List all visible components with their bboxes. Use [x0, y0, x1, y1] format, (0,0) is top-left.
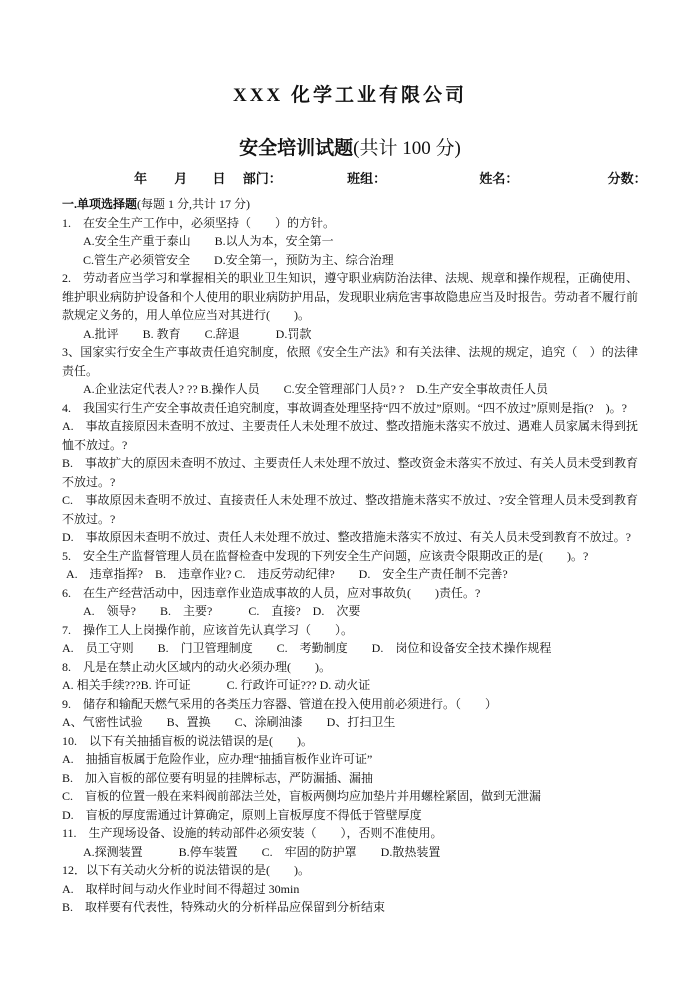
question-6-options-line-1: A. 领导? B. 主要? C. 直接? D. 次要 — [62, 602, 638, 621]
question-8-options-line-1: A. 相关手续???B. 许可证 C. 行政许可证??? D. 动火证 — [62, 676, 638, 695]
question-1-stem: 1. 在安全生产工作中，必须坚持（ ）的方针。 — [62, 214, 638, 233]
question-1-options-line-2: C.管生产必须管安全 D.安全第一，预防为主、综合治理 — [62, 251, 638, 270]
question-10-options-line-3: C. 盲板的位置一般在来料阀前部法兰处，盲板两侧均应加垫片并用螺栓紧固，做到无泄… — [62, 787, 638, 806]
company-title: XXX 化学工业有限公司 — [62, 84, 638, 108]
exam-title-note: (共计 100 分) — [353, 138, 461, 159]
question-12: 12．以下有关动火分析的说法错误的是( )。A. 取样时间与动火作业时间不得超过… — [62, 861, 638, 917]
field-team-label: 班组： — [347, 170, 386, 188]
question-7: 7. 操作工人上岗操作前，应该首先认真学习（ ）。A. 员工守则 B. 门卫管理… — [62, 621, 638, 658]
question-2-stem: 2. 劳动者应当学习和掌握相关的职业卫生知识，遵守职业病防治法律、法规、规章和操… — [62, 269, 638, 325]
question-9-stem: 9. 储存和输配天燃气采用的各类压力容器、管道在投入使用前必须进行。（ ） — [62, 695, 638, 714]
question-2: 2. 劳动者应当学习和掌握相关的职业卫生知识，遵守职业病防治法律、法规、规章和操… — [62, 269, 638, 343]
exam-body: 一.单项选择题(每题 1 分,共计 17 分) 1. 在安全生产工作中，必须坚持… — [62, 195, 638, 917]
question-6-stem: 6. 在生产经营活动中，因违章作业造成事故的人员，应对事故负( )责任。? — [62, 584, 638, 603]
exam-title-main: 安全培训试题 — [239, 138, 353, 159]
question-7-options-line-1: A. 员工守则 B. 门卫管理制度 C. 考勤制度 D. 岗位和设备安全技术操作… — [62, 639, 638, 658]
question-11-options-line-1: A.探测装置 B.停车装置 C. 牢固的防护罩 D.散热装置 — [62, 843, 638, 862]
question-list: 1. 在安全生产工作中，必须坚持（ ）的方针。A.安全生产重于泰山 B.以人为本… — [62, 214, 638, 917]
section-heading: 一.单项选择题(每题 1 分,共计 17 分) — [62, 195, 638, 214]
question-10-stem: 10. 以下有关抽插盲板的说法错误的是( )。 — [62, 732, 638, 751]
question-10: 10. 以下有关抽插盲板的说法错误的是( )。A. 抽插盲板属于危险作业，应办理… — [62, 732, 638, 825]
question-4-options-line-3: C. 事故原因未查明不放过、直接责任人未处理不放过、整改措施未落实不放过、?安全… — [62, 491, 638, 528]
question-10-options-line-4: D. 盲板的厚度需通过计算确定，原则上盲板厚度不得低于管壁厚度 — [62, 806, 638, 825]
exam-header-fields: 年 月 日 部门： 班组： 姓名： 分数： — [62, 170, 638, 188]
question-9: 9. 储存和输配天燃气采用的各类压力容器、管道在投入使用前必须进行。（ ）A、气… — [62, 695, 638, 732]
question-4-options-line-1: A. 事故直接原因未查明不放过、主要责任人未处理不放过、整改措施未落实不放过、遇… — [62, 417, 638, 454]
question-6: 6. 在生产经营活动中，因违章作业造成事故的人员，应对事故负( )责任。?A. … — [62, 584, 638, 621]
field-name-label: 姓名： — [479, 170, 518, 188]
question-9-options-line-1: A、气密性试验 B、置换 C、涂刷油漆 D、打扫卫生 — [62, 713, 638, 732]
document-page: XXX 化学工业有限公司 安全培训试题(共计 100 分) 年 月 日 部门： … — [0, 0, 700, 990]
field-department-label: 部门： — [243, 170, 282, 188]
question-5: 5. 安全生产监督管理人员在监督检查中发现的下列安全生产问题，应该责令限期改正的… — [62, 547, 638, 584]
question-10-options-line-2: B. 加入盲板的部位要有明显的挂牌标志，严防漏插、漏抽 — [62, 769, 638, 788]
field-year-label: 年 — [134, 170, 147, 188]
question-11-stem: 11. 生产现场设备、设施的转动部件必须安装（ ），否则不准使用。 — [62, 824, 638, 843]
question-4-stem: 4. 我国实行生产安全事故责任追究制度，事故调查处理坚持“四不放过”原则。“四不… — [62, 399, 638, 418]
question-10-options-line-1: A. 抽插盲板属于危险作业，应办理“抽插盲板作业许可证” — [62, 750, 638, 769]
question-12-stem: 12．以下有关动火分析的说法错误的是( )。 — [62, 861, 638, 880]
question-5-options-line-1: A. 违章指挥? B. 违章作业? C. 违反劳动纪律? D. 安全生产责任制不… — [62, 565, 638, 584]
question-4-options-line-4: D. 事故原因未查明不放过、责任人未处理不放过、整改措施未落实不放过、有关人员未… — [62, 528, 638, 547]
section-heading-main: 一.单项选择题 — [62, 197, 137, 211]
question-3-stem: 3、国家实行安全生产事故责任追究制度，依照《安全生产法》和有关法律、法规的规定，… — [62, 343, 638, 380]
question-4: 4. 我国实行生产安全事故责任追究制度，事故调查处理坚持“四不放过”原则。“四不… — [62, 399, 638, 547]
field-day-label: 日 — [213, 170, 226, 188]
question-8: 8. 凡是在禁止动火区域内的动火必须办理( )。A. 相关手续???B. 许可证… — [62, 658, 638, 695]
question-1: 1. 在安全生产工作中，必须坚持（ ）的方针。A.安全生产重于泰山 B.以人为本… — [62, 214, 638, 270]
question-11: 11. 生产现场设备、设施的转动部件必须安装（ ），否则不准使用。A.探测装置 … — [62, 824, 638, 861]
exam-title: 安全培训试题(共计 100 分) — [62, 137, 638, 161]
question-12-options-line-1: A. 取样时间与动火作业时间不得超过 30min — [62, 880, 638, 899]
question-7-stem: 7. 操作工人上岗操作前，应该首先认真学习（ ）。 — [62, 621, 638, 640]
question-8-stem: 8. 凡是在禁止动火区域内的动火必须办理( )。 — [62, 658, 638, 677]
question-2-options-line-1: A.批评 B. 教育 C.辞退 D.罚款 — [62, 325, 638, 344]
question-3: 3、国家实行安全生产事故责任追究制度，依照《安全生产法》和有关法律、法规的规定，… — [62, 343, 638, 399]
question-12-options-line-2: B. 取样要有代表性，特殊动火的分析样品应保留到分析结束 — [62, 898, 638, 917]
question-3-options-line-1: A.企业法定代表人? ?? B.操作人员 C.安全管理部门人员? ? D.生产安… — [62, 380, 638, 399]
section-heading-note: (每题 1 分,共计 17 分) — [137, 197, 250, 211]
question-5-stem: 5. 安全生产监督管理人员在监督检查中发现的下列安全生产问题，应该责令限期改正的… — [62, 547, 638, 566]
field-score-label: 分数： — [608, 170, 647, 188]
question-4-options-line-2: B. 事故扩大的原因未查明不放过、主要责任人未处理不放过、整改资金未落实不放过、… — [62, 454, 638, 491]
question-1-options-line-1: A.安全生产重于泰山 B.以人为本，安全第一 — [62, 232, 638, 251]
field-month-label: 月 — [174, 170, 187, 188]
